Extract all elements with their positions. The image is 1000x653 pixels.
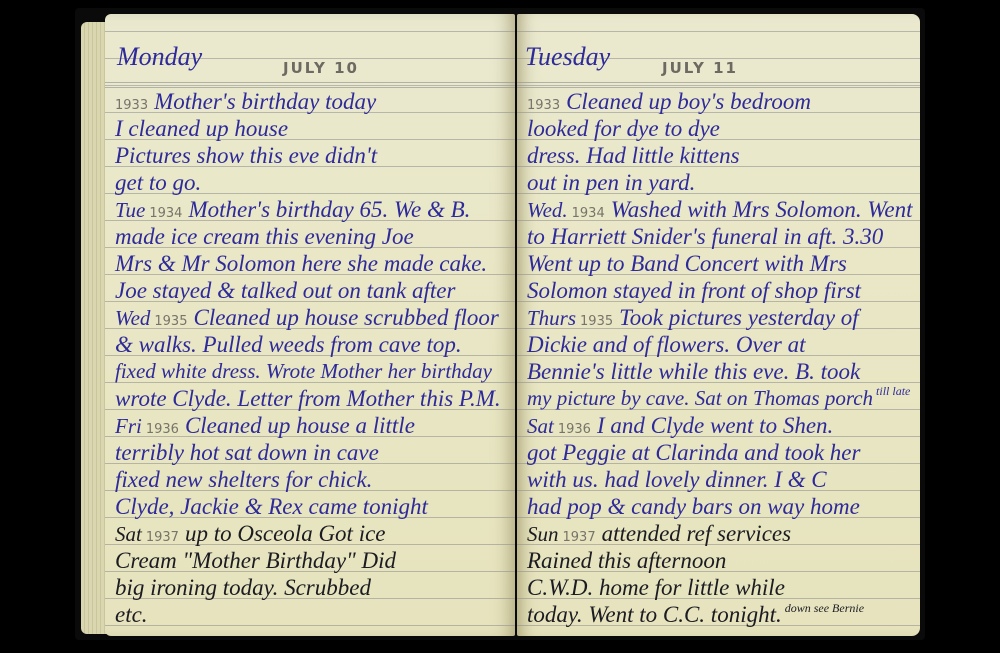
diary-line: Wed1935Cleaned up house scrubbed floor — [115, 304, 509, 331]
entry-text: C.W.D. home for little while — [527, 575, 785, 600]
year-label: 1937 — [146, 530, 179, 545]
entry-text: I and Clyde went to Shen. — [597, 413, 833, 438]
entry-text: Pictures show this eve didn't — [115, 143, 377, 168]
diary-line: today. Went to C.C. tonight. down see Be… — [527, 601, 914, 628]
entry-text: my picture by cave. Sat on Thomas porch — [527, 386, 873, 410]
diary-line: dress. Had little kittens — [527, 142, 914, 169]
diary-line: big ironing today. Scrubbed — [115, 574, 509, 601]
entry-text: Cleaned up boy's bedroom — [566, 89, 811, 114]
diary-line: Solomon stayed in front of shop first — [527, 277, 914, 304]
year-label: 1933 — [527, 98, 560, 113]
diary-line: looked for dye to dye — [527, 115, 914, 142]
diary-line: & walks. Pulled weeds from cave top. — [115, 331, 509, 358]
diary-line: C.W.D. home for little while — [527, 574, 914, 601]
entry-text: today. Went to C.C. tonight. — [527, 602, 782, 627]
annotation: till late — [873, 384, 910, 398]
entry-text: wrote Clyde. Letter from Mother this P.M… — [115, 386, 501, 411]
entry-text: Went up to Band Concert with Mrs — [527, 251, 847, 276]
diary-line: 1933Cleaned up boy's bedroom — [527, 88, 914, 115]
entry-text: had pop & candy bars on way home — [527, 494, 860, 519]
entry-text: Mother's birthday 65. We & B. — [188, 197, 470, 222]
year-label: 1934 — [149, 206, 182, 221]
weekday-label: Tue — [115, 198, 145, 222]
diary-line: had pop & candy bars on way home — [527, 493, 914, 520]
diary-line: out in pen in yard. — [527, 169, 914, 196]
entry-text: big ironing today. Scrubbed — [115, 575, 371, 600]
diary-line: Tue1934Mother's birthday 65. We & B. — [115, 196, 509, 223]
diary-line: Mrs & Mr Solomon here she made cake. — [115, 250, 509, 277]
diary-line: got Peggie at Clarinda and took her — [527, 439, 914, 466]
diary-line: Thurs1935Took pictures yesterday of — [527, 304, 914, 331]
year-label: 1934 — [572, 206, 605, 221]
entry-text: etc. — [115, 602, 148, 627]
entry-text: Rained this afternoon — [527, 548, 726, 573]
year-label: 1933 — [115, 98, 148, 113]
year-label: 1937 — [563, 530, 596, 545]
diary-line: with us. had lovely dinner. I & C — [527, 466, 914, 493]
entry-text: Bennie's little while this eve. B. took — [527, 359, 860, 384]
diary-line: Rained this afternoon — [527, 547, 914, 574]
entry-text: fixed white dress. Wrote Mother her birt… — [115, 359, 492, 383]
weekday-label: Sat — [115, 522, 142, 546]
entry-text: with us. had lovely dinner. I & C — [527, 467, 827, 492]
diary-line: Bennie's little while this eve. B. took — [527, 358, 914, 385]
entry-text: terribly hot sat down in cave — [115, 440, 379, 465]
entry-text: fixed new shelters for chick. — [115, 467, 372, 492]
weekday-label: Wed — [115, 306, 150, 330]
entry-text: out in pen in yard. — [527, 170, 695, 195]
entry-text: Cream "Mother Birthday" Did — [115, 548, 396, 573]
entry-text: Cleaned up house a little — [185, 413, 415, 438]
diary-line: 1933Mother's birthday today — [115, 88, 509, 115]
diary-line: Fri1936Cleaned up house a little — [115, 412, 509, 439]
diary-line: get to go. — [115, 169, 509, 196]
date-header: JULY 11 — [662, 59, 738, 77]
entry-text: I cleaned up house — [115, 116, 288, 141]
annotation: down see Bernie — [782, 601, 864, 615]
diary-line: fixed white dress. Wrote Mother her birt… — [115, 358, 509, 385]
entry-text: Mrs & Mr Solomon here she made cake. — [115, 251, 487, 276]
diary-line: Clyde, Jackie & Rex came tonight — [115, 493, 509, 520]
diary-line: Joe stayed & talked out on tank after — [115, 277, 509, 304]
year-label: 1935 — [580, 314, 613, 329]
weekday-label: Sat — [527, 414, 554, 438]
diary-line: Sat1937up to Osceola Got ice — [115, 520, 509, 547]
year-label: 1935 — [154, 314, 187, 329]
entry-text: attended ref services — [602, 521, 791, 546]
diary-line: etc. — [115, 601, 509, 628]
weekday-label: Sun — [527, 522, 559, 546]
diary-line: Dickie and of flowers. Over at — [527, 331, 914, 358]
entry-text: Cleaned up house scrubbed floor — [193, 305, 498, 330]
entry-text: looked for dye to dye — [527, 116, 720, 141]
entry-text: get to go. — [115, 170, 201, 195]
entry-text: up to Osceola Got ice — [185, 521, 386, 546]
entry-text: to Harriett Snider's funeral in aft. 3.3… — [527, 224, 883, 249]
diary-line: wrote Clyde. Letter from Mother this P.M… — [115, 385, 509, 412]
diary-line: terribly hot sat down in cave — [115, 439, 509, 466]
entry-text: got Peggie at Clarinda and took her — [527, 440, 860, 465]
weekday-label: Thurs — [527, 306, 576, 330]
diary-line: Went up to Band Concert with Mrs — [527, 250, 914, 277]
right-page: JULY 11 Tuesday 1933Cleaned up boy's bed… — [517, 14, 920, 636]
diary-line: to Harriett Snider's funeral in aft. 3.3… — [527, 223, 914, 250]
diary-line: Cream "Mother Birthday" Did — [115, 547, 509, 574]
entry-text: & walks. Pulled weeds from cave top. — [115, 332, 462, 357]
diary-line: Sat1936I and Clyde went to Shen. — [527, 412, 914, 439]
weekday-label: Fri — [115, 414, 142, 438]
diary-line: Wed.1934Washed with Mrs Solomon. Went — [527, 196, 914, 223]
entry-text: Dickie and of flowers. Over at — [527, 332, 806, 357]
entry-text: Joe stayed & talked out on tank after — [115, 278, 455, 303]
entry-text: dress. Had little kittens — [527, 143, 740, 168]
date-header: JULY 10 — [283, 59, 359, 77]
year-label: 1936 — [558, 422, 591, 437]
diary-line: my picture by cave. Sat on Thomas porch … — [527, 385, 914, 412]
diary-line: fixed new shelters for chick. — [115, 466, 509, 493]
diary-line: made ice cream this evening Joe — [115, 223, 509, 250]
entry-text: Washed with Mrs Solomon. Went — [611, 197, 913, 222]
entry-text: Clyde, Jackie & Rex came tonight — [115, 494, 428, 519]
diary-book: JULY 10 Monday 1933Mother's birthday tod… — [75, 8, 925, 640]
entry-text: Solomon stayed in front of shop first — [527, 278, 861, 303]
entry-text: Mother's birthday today — [154, 89, 376, 114]
day-name: Monday — [117, 42, 202, 72]
diary-line: I cleaned up house — [115, 115, 509, 142]
year-label: 1936 — [146, 422, 179, 437]
entry-text: Took pictures yesterday of — [619, 305, 859, 330]
weekday-label: Wed. — [527, 198, 568, 222]
day-name: Tuesday — [525, 42, 610, 72]
diary-line: Pictures show this eve didn't — [115, 142, 509, 169]
diary-line: Sun1937attended ref services — [527, 520, 914, 547]
entry-text: made ice cream this evening Joe — [115, 224, 414, 249]
left-page: JULY 10 Monday 1933Mother's birthday tod… — [105, 14, 515, 636]
